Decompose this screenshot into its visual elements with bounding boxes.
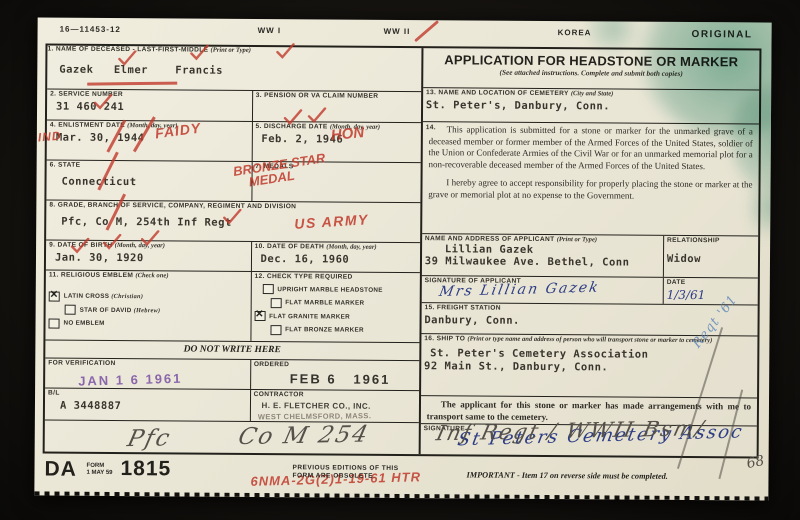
date-of-death-label-italic: (Month, day, year) [326,243,376,250]
row-emblem-type: 11. RELIGIOUS EMBLEM (Check one) LATIN C… [45,271,419,344]
red-checkmark-discharge-2 [307,107,327,123]
no-emblem-label: NO EMBLEM [64,320,105,327]
cemetery-label: 13. NAME AND LOCATION OF CEMETERY [426,89,571,97]
flat-marble-label: FLAT MARBLE MARKER [285,300,364,308]
state-label: 6. STATE [50,162,81,169]
state-value: Connecticut [49,175,248,188]
da-label: DA [44,458,77,482]
obsolete-note: PREVIOUS EDITIONS OF THIS FORM ARE OBSOL… [292,464,398,482]
grade-branch-label: 8. GRADE, BRANCH OF SERVICE, COMPANY, RE… [49,202,296,211]
red-checkmark-middle-name [275,43,295,59]
no-emblem-checkbox [49,318,60,328]
pencil-seg-company: Co M 254 [236,422,372,450]
item14-number: 14. [426,124,436,132]
latin-cross-label: LATIN CROSS [64,293,110,300]
important-note: IMPORTANT - Item 17 on reverse side must… [466,470,667,480]
pension-number-label: 3. PENSION OR VA CLAIM NUMBER [256,92,379,100]
pencil-seg-regiment: Inf Regt / WWII Bsm/ [434,416,708,445]
option-flat-marble: FLAT MARBLE MARKER [270,298,416,309]
date-of-death-label: 10. DATE OF DEATH [255,243,327,250]
red-checkmark-ww2 [414,20,440,42]
latin-cross-checkbox [49,291,60,301]
field-applicant: NAME AND ADDRESS OF APPLICANT (Print or … [422,234,664,277]
ww1-label: WW I [258,26,282,35]
contractor-label: CONTRACTOR [254,391,416,400]
star-of-david-checkbox [65,305,76,315]
row-signature-date: SIGNATURE OF APPLICANT Mrs Lillian Gazek… [421,276,757,305]
form-print-code: 16—11453-12 [60,25,121,34]
field-relationship: RELATIONSHIP Widow [664,236,758,278]
field-contractor: CONTRACTOR H. E. FLETCHER CO., INC. WEST… [250,390,418,422]
verification-date-stamp: JAN 1 6 1961 [78,369,247,389]
important-bold: IMPORTANT [466,470,514,479]
red-checkmark-discharge-1 [283,109,303,125]
applicant-signature-value: Mrs Lillian Gazek [438,280,601,300]
field-name-of-deceased: 1. NAME OF DECEASED - LAST-FIRST-MIDDLE … [47,46,421,93]
freight-station-label: 15. FREIGHT STATION [424,304,754,314]
form-number: 1815 [120,457,171,481]
religious-emblem-label: 11. RELIGIOUS EMBLEM [49,272,136,280]
check-type-label: 12. CHECK TYPE REQUIRED [254,273,352,281]
star-of-david-label-italic: (Hebrew) [134,307,161,314]
relationship-value: Widow [667,253,755,266]
field-religious-emblem: 11. RELIGIOUS EMBLEM (Check one) LATIN C… [45,271,251,341]
applicant-address-value: 39 Milwaukee Ave. Bethel, Conn [425,255,660,269]
religious-emblem-label-italic: (Check one) [135,272,168,279]
latin-cross-label-italic: (Christian) [111,293,143,300]
form-date: 1 MAY 59 [86,470,112,477]
service-number-value: 31 460 241 [50,100,249,113]
field-for-verification: FOR VERIFICATION JAN 1 6 1961 [45,359,251,389]
option-flat-granite: FLAT GRANITE MARKER [254,311,416,322]
row-applicant-relationship: NAME AND ADDRESS OF APPLICANT (Print or … [422,234,758,278]
star-of-david-label: STAR OF DAVID [80,307,132,314]
pension-number-value [256,102,418,103]
field-applicant-signature: SIGNATURE OF APPLICANT Mrs Lillian Gazek [421,276,663,304]
flat-bronze-label: FLAT BRONZE MARKER [285,327,364,335]
obsolete-line2: FORM ARE OBSOLETE. [292,473,398,482]
agreement-paragraph-2: I hereby agree to accept responsibility … [428,177,752,202]
bl-value: A 3448887 [48,399,247,412]
date-label: DATE [667,279,755,288]
red-checkmark-name [117,50,137,66]
field-pension-number: 3. PENSION OR VA CLAIM NUMBER [253,91,421,122]
form-word: FORM [87,463,113,470]
name-of-deceased-label-italic: (Print or Type) [211,47,251,54]
pencil-seg-rank: Pfc [125,425,174,452]
contractor-name: H. E. FLETCHER CO., INC. [262,401,416,411]
row-verification-ordered: FOR VERIFICATION JAN 1 6 1961 ORDERED FE… [45,359,419,392]
option-star-of-david: STAR OF DAVID (Hebrew) [65,305,248,316]
red-note-hon: HON [330,124,365,144]
ship-to-label-italic: (Print or type name and address of perso… [467,335,712,344]
form-footer: DA FORM 1 MAY 59 1815 PREVIOUS EDITIONS … [42,455,758,492]
ship-to-label: 16. SHIP TO [424,335,467,342]
date-value: 1/3/61 [667,288,755,303]
red-checkmark-dob-1 [70,238,90,254]
scanned-form-document: 16—11453-12 WW I WW II KOREA ORIGINAL 1.… [34,17,771,500]
field-state: 6. STATE Connecticut [46,161,252,201]
bl-label: B/L [48,390,247,399]
applicant-label: NAME AND ADDRESS OF APPLICANT [425,235,557,243]
name-of-deceased-value: Gazek Elmer Francis [47,63,421,78]
field-bl: B/L A 3448887 [45,389,251,421]
cemetery-label-italic: (City and State) [571,90,614,97]
ship-to-address-value: 92 Main St., Danbury, Conn. [424,360,754,374]
date-of-death-value: Dec. 16, 1960 [255,253,417,266]
flat-granite-label: FLAT GRANITE MARKER [269,313,350,321]
row-bl-contractor: B/L A 3448887 CONTRACTOR H. E. FLETCHER … [45,389,419,424]
field-date-of-death: 10. DATE OF DEATH (Month, day, year) Dec… [251,242,419,272]
ordered-label: ORDERED [254,361,416,370]
ordered-date-stamp: FEB 6 1961 [290,371,416,387]
contractor-address: WEST CHELMSFORD, MASS. [257,411,415,422]
field-check-type-required: 12. CHECK TYPE REQUIRED UPRIGHT MARBLE H… [251,272,420,342]
flat-marble-checkbox [270,298,281,308]
relationship-label: RELATIONSHIP [667,237,755,246]
field-ordered: ORDERED FEB 6 1961 [251,360,419,390]
upright-marble-checkbox [262,284,273,294]
ship-to-name-value: St. Peter's Cemetery Association [424,347,754,361]
enlistment-date-label: 4. ENLISTMENT DATE [50,122,127,130]
option-no-emblem: NO EMBLEM [49,318,248,329]
option-upright-marble: UPRIGHT MARBLE HEADSTONE [262,284,416,295]
for-verification-label: FOR VERIFICATION [48,360,247,369]
red-checkmark-regiment [222,209,242,225]
option-latin-cross: LATIN CROSS (Christian) [49,291,248,302]
field-date: DATE 1/3/61 [664,278,758,305]
ww2-label: WW II [384,27,411,36]
red-note-ind: IND [37,129,62,145]
red-checkmark-service-number [93,94,113,110]
enlistment-date-value: Mar. 30, 1944 [50,131,249,144]
form-main-box: 1. NAME OF DECEASED - LAST-FIRST-MIDDLE … [43,43,762,458]
red-checkmark-dob-2 [102,234,122,250]
field-service-number: 2. SERVICE NUMBER 31 460 241 [47,90,253,121]
applicant-label-italic: (Print or Type) [557,236,597,243]
option-flat-bronze: FLAT BRONZE MARKER [270,325,416,336]
row-enlist-discharge: 4. ENLISTMENT DATE (Month, day, year) Ma… [47,121,421,164]
upright-marble-label: UPRIGHT MARBLE HEADSTONE [277,286,382,294]
form-edition-stack: FORM 1 MAY 59 [86,463,112,477]
red-checkmark-dob-3 [140,230,160,246]
important-rest: - Item 17 on reverse side must be comple… [515,471,668,481]
flat-granite-checkbox [254,311,265,321]
field-agreement-text: 14. This application is submitted for a … [422,122,759,236]
flat-bronze-checkbox [270,325,281,335]
red-checkmark-first-name [189,45,209,61]
